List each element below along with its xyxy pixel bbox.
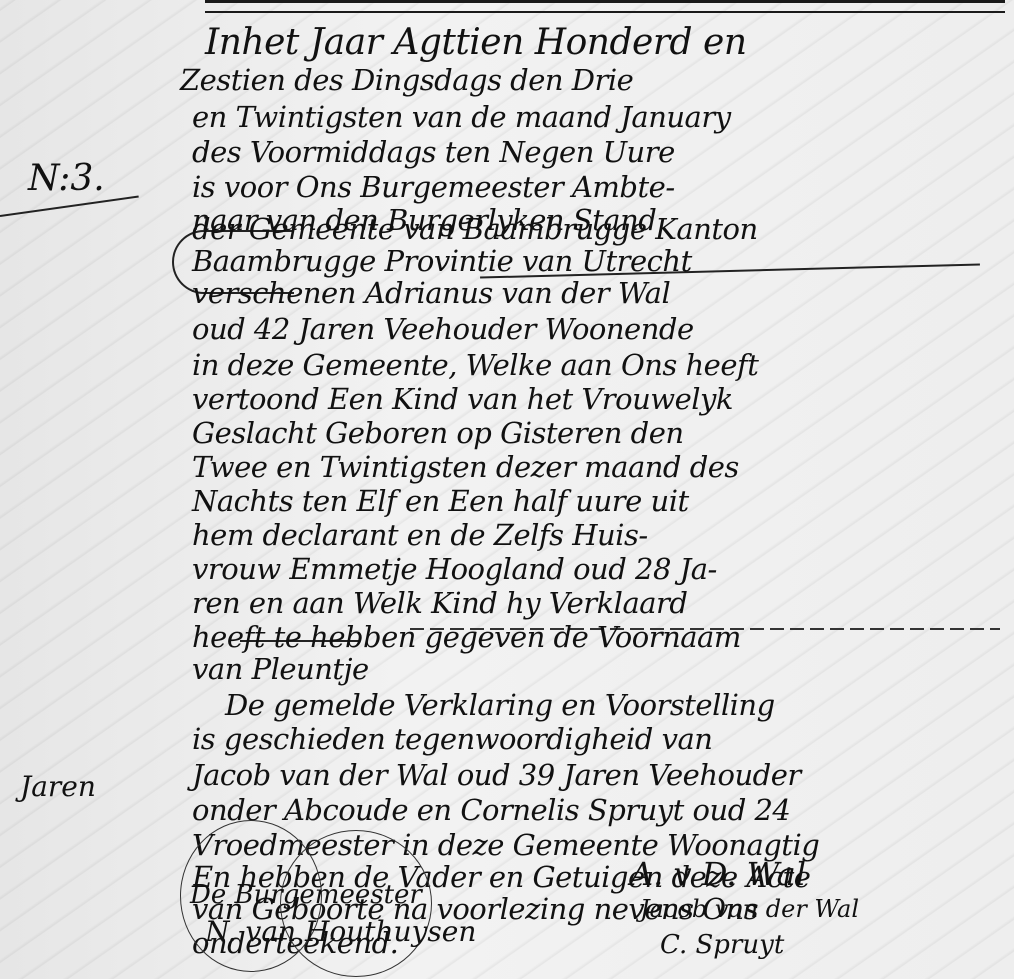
text-line: Zestien des Dingsdags den Drie bbox=[180, 63, 633, 97]
text-line: Inhet Jaar Agttien Honderd en bbox=[205, 22, 747, 63]
text-line: De gemelde Verklaring en Voorstelling bbox=[225, 688, 775, 722]
text-line: oud 42 Jaren Veehouder Woonende bbox=[192, 312, 694, 346]
record-number: N:3. bbox=[28, 158, 105, 199]
witness-signature: Jacob van der Wal bbox=[640, 895, 859, 923]
text-line: Baambrugge Provintie van Utrecht bbox=[192, 244, 692, 278]
text-line: des Voormiddags ten Negen Uure bbox=[192, 135, 675, 169]
header-rule bbox=[205, 0, 1005, 13]
text-line: Nachts ten Elf en Een half uure uit bbox=[192, 484, 689, 518]
witness-signature: C. Spruyt bbox=[660, 930, 784, 960]
text-line: hem declarant en de Zelfs Huis- bbox=[192, 518, 648, 552]
mayor-signature: N. van Houthuysen bbox=[205, 915, 476, 948]
text-line: Twee en Twintigsten dezer maand des bbox=[192, 450, 739, 484]
text-line: onder Abcoude en Cornelis Spruyt oud 24 bbox=[192, 793, 790, 827]
text-line: heeft te hebben gegeven de Voornaam bbox=[192, 620, 741, 654]
text-line: Geslacht Geboren op Gisteren den bbox=[192, 416, 684, 450]
text-line: in deze Gemeente, Welke aan Ons heeft bbox=[192, 348, 758, 382]
text-line: vrouw Emmetje Hoogland oud 28 Ja- bbox=[192, 552, 717, 586]
text-line: vertoond Een Kind van het Vrouwelyk bbox=[192, 382, 733, 416]
text-line: verschenen Adrianus van der Wal bbox=[192, 276, 670, 310]
text-line: en Twintigsten van de maand January bbox=[192, 100, 731, 134]
margin-note: Jaren bbox=[20, 770, 96, 803]
mayor-title: De Burgemeester bbox=[190, 880, 422, 910]
text-line: ren en aan Welk Kind hy Verklaard bbox=[192, 586, 687, 620]
father-signature: A. v D. Wal bbox=[630, 855, 806, 893]
text-line: is voor Ons Burgemeester Ambte- bbox=[192, 170, 675, 204]
text-line: Jacob van der Wal oud 39 Jaren Veehouder bbox=[192, 758, 801, 792]
document-page: N:3. Jaren Inhet Jaar Agttien Honderd en… bbox=[0, 0, 1014, 979]
text-line: der Gemeente van Baambrugge Kanton bbox=[192, 212, 758, 246]
text-line: is geschieden tegenwoordigheid van bbox=[192, 722, 712, 756]
text-line: van Pleuntje bbox=[192, 652, 369, 686]
